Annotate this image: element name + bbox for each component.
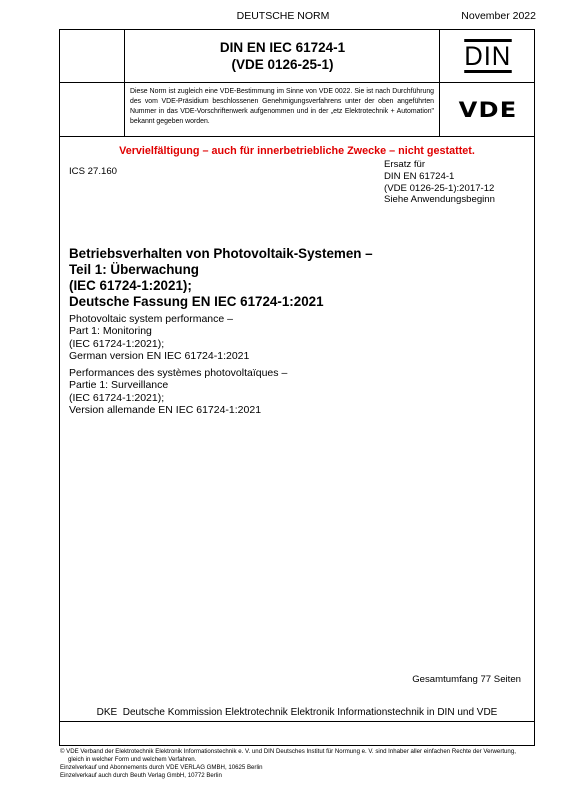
title-french: Performances des systèmes photovoltaïque…: [69, 367, 287, 416]
committee-name: DKE Deutsche Kommission Elektrotechnik E…: [59, 707, 535, 718]
vde-logo-icon: VDE: [434, 83, 542, 136]
replacement-line: Siehe Anwendungsbeginn: [384, 194, 495, 206]
sales-line: Einzelverkauf auch durch Beuth Verlag Gm…: [60, 772, 540, 780]
title-line: Performances des systèmes photovoltaïque…: [69, 367, 287, 379]
title-line: (IEC 61724-1:2021);: [69, 338, 249, 350]
copyright-line: © VDE Verband der Elektrotechnik Elektro…: [60, 748, 540, 756]
title-german: Betriebsverhalten von Photovoltaik-Syste…: [69, 246, 373, 310]
ics-code: ICS 27.160: [69, 166, 117, 177]
title-line: Version allemande EN IEC 61724-1:2021: [69, 404, 287, 416]
copyright-line: gleich in welcher Form und welchem Verfa…: [60, 756, 540, 764]
title-line: Partie 1: Surveillance: [69, 379, 287, 391]
title-line: (IEC 61724-1:2021);: [69, 278, 373, 294]
replacement-line: (VDE 0126-25-1):2017-12: [384, 183, 495, 195]
sales-line: Einzelverkauf und Abonnements durch VDE …: [60, 764, 540, 772]
copyright-notice: © VDE Verband der Elektrotechnik Elektro…: [60, 748, 540, 780]
title-line: Deutsche Fassung EN IEC 61724-1:2021: [69, 294, 373, 310]
vde-number: (VDE 0126-25-1): [231, 56, 333, 73]
reproduction-warning: Vervielfältigung – auch für innerbetrieb…: [59, 145, 535, 157]
row-divider-footer: [59, 721, 535, 722]
standard-designation: DIN EN IEC 61724-1 (VDE 0126-25-1): [126, 29, 439, 82]
title-line: German version EN IEC 61724-1:2021: [69, 350, 249, 362]
title-line: Teil 1: Überwachung: [69, 262, 373, 278]
row-divider-2: [59, 136, 535, 137]
din-logo-text: DIN: [464, 39, 511, 73]
vde-note: Diese Norm ist zugleich eine VDE-Bestimm…: [130, 87, 434, 127]
title-line: (IEC 61724-1:2021);: [69, 392, 287, 404]
publication-date: November 2022: [461, 10, 536, 22]
replacement-line: Ersatz für: [384, 159, 495, 171]
title-line: Photovoltaic system performance –: [69, 313, 249, 325]
title-line: Betriebsverhalten von Photovoltaik-Syste…: [69, 246, 373, 262]
replacement-info: Ersatz für DIN EN 61724-1 (VDE 0126-25-1…: [384, 159, 495, 206]
din-logo-icon: DIN: [441, 29, 535, 82]
total-pages: Gesamtumfang 77 Seiten: [412, 674, 521, 685]
replacement-line: DIN EN 61724-1: [384, 171, 495, 183]
title-english: Photovoltaic system performance – Part 1…: [69, 313, 249, 362]
standard-number: DIN EN IEC 61724-1: [220, 39, 345, 56]
title-line: Part 1: Monitoring: [69, 325, 249, 337]
